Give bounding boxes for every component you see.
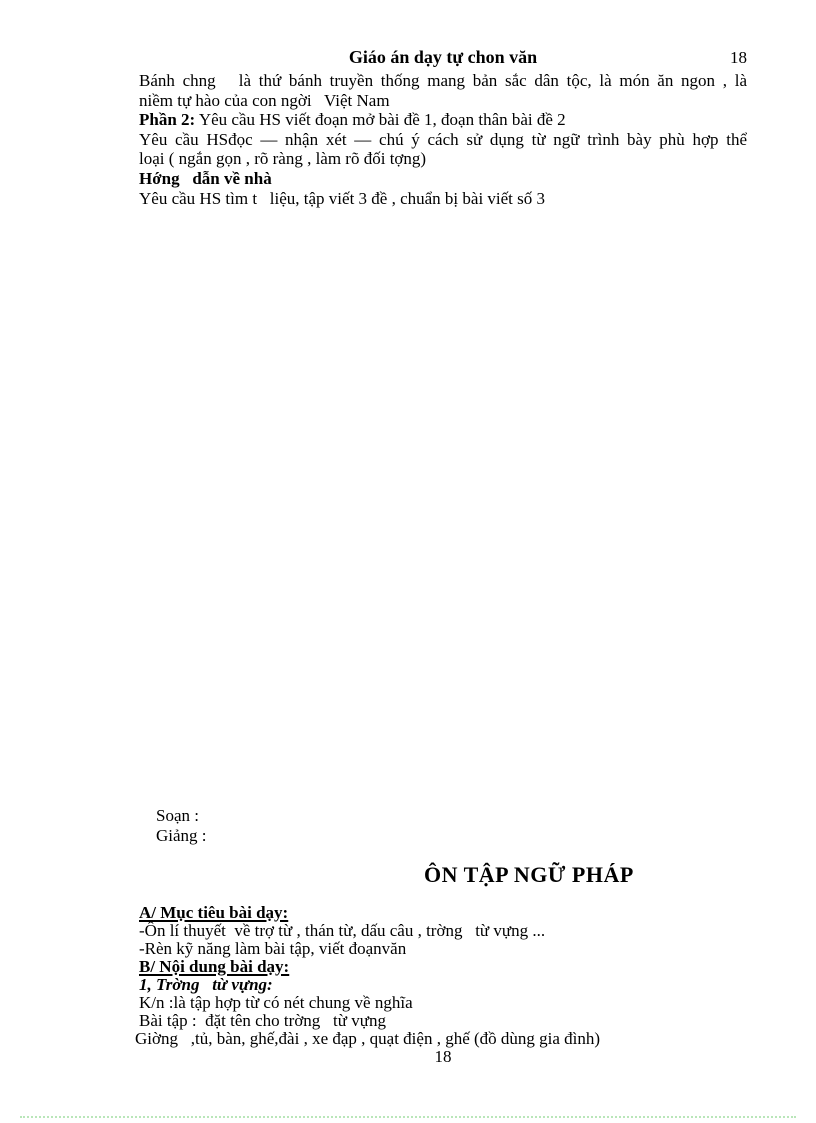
lesson-section-1: Bánh chng là thứ bánh truyền thống mang … (139, 71, 747, 208)
body-line: -Ôn lí thuyết về trợ từ , thán từ, dấu c… (139, 922, 747, 940)
lesson-title: ÔN TẬP NGỮ PHÁP (424, 862, 634, 888)
section-b-heading: B/ Nội dung bài dạy: (139, 958, 747, 976)
soan-label: Soạn : (156, 806, 207, 826)
body-line: Bài tập : đặt tên cho trờng từ vựng (139, 1012, 747, 1030)
header-title: Giáo án dạy tự chon văn (139, 47, 747, 67)
lesson-section-2: A/ Mục tiêu bài dạy: -Ôn lí thuyết về tr… (139, 904, 747, 1066)
body-line: loại ( ngắn gọn , rõ ràng , làm rõ đối t… (139, 149, 747, 169)
page-bottom-dotted-rule (20, 1116, 796, 1118)
subsection-heading: 1, Trờng từ vựng: (139, 976, 747, 994)
body-line: Yêu cầu HSđọc — nhận xét — chú ý cách sử… (139, 130, 747, 150)
homework-heading: Hớng dẫn về nhà (139, 169, 747, 189)
header-page-number: 18 (730, 48, 747, 68)
page-header: Giáo án dạy tự chon văn 18 (139, 47, 747, 67)
document-page: Giáo án dạy tự chon văn 18 Bánh chng là … (0, 0, 816, 1123)
body-line: Yêu cầu HS tìm t liệu, tập viết 3 đề , c… (139, 189, 747, 209)
body-line: -Rèn kỹ năng làm bài tập, viết đoạnvăn (139, 940, 747, 958)
body-line: Bánh chng là thứ bánh truyền thống mang … (139, 71, 747, 91)
footer-page-number: 18 (139, 1048, 747, 1066)
body-line: K/n :là tập hợp từ có nét chung về nghĩa (139, 994, 747, 1012)
phan2-text: Yêu cầu HS viết đoạn mở bài đề 1, đoạn t… (195, 110, 565, 129)
section-a-heading: A/ Mục tiêu bài dạy: (139, 904, 747, 922)
body-line: niềm tự hào của con ngời Việt Nam (139, 91, 747, 111)
prep-block: Soạn : Giảng : (156, 806, 207, 845)
body-line: Giờng ,tủ, bàn, ghế,đài , xe đạp , quạt … (135, 1030, 747, 1048)
phan2-line: Phần 2: Yêu cầu HS viết đoạn mở bài đề 1… (139, 110, 747, 130)
phan2-heading: Phần 2: (139, 110, 195, 129)
giang-label: Giảng : (156, 826, 207, 846)
